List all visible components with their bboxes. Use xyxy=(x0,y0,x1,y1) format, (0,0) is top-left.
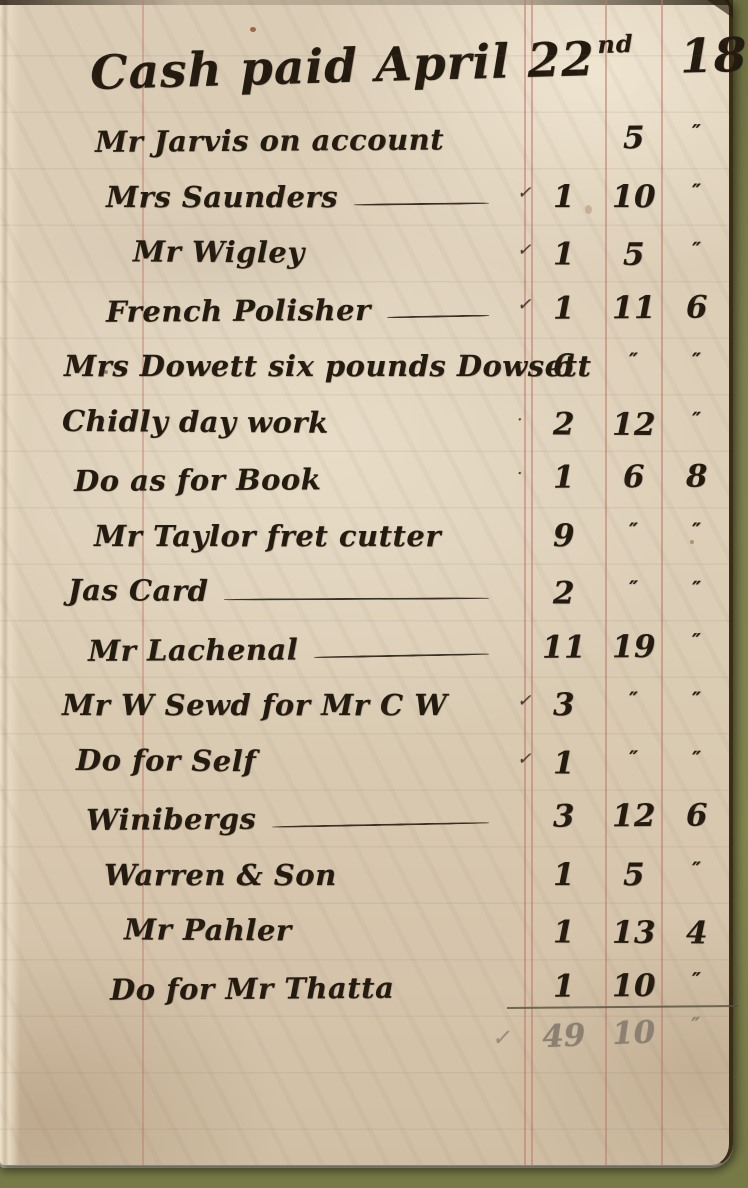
amount-value: 10 xyxy=(612,967,656,1003)
entry-description: Winibergs xyxy=(86,789,497,848)
amount-value: ″ xyxy=(692,120,702,144)
entry-text: Mr Taylor fret cutter xyxy=(94,508,441,564)
amount-pence: 6 xyxy=(663,279,731,335)
amount-value: 9 xyxy=(553,518,575,554)
ledger-row: Mr Wigley✓15″ xyxy=(0,222,729,283)
tick-mark: · xyxy=(517,446,523,502)
pencil-tick: ✓ xyxy=(491,1008,512,1071)
amount-pounds: ✓3 xyxy=(523,677,605,733)
amount-shillings: 13 xyxy=(607,905,661,961)
amount-value: 3 xyxy=(553,799,575,835)
amount-pence: ″ xyxy=(663,169,731,225)
amount-pence: ″ xyxy=(663,227,731,283)
amount-value: 1 xyxy=(553,857,575,893)
amount-pence: ″ xyxy=(663,566,731,622)
amount-value: ″ xyxy=(692,687,702,711)
tick-mark: ✓ xyxy=(517,222,532,278)
entry-text: Do for Mr Thatta xyxy=(110,959,395,1017)
amount-value: ″ xyxy=(692,179,702,203)
amount-value: 1 xyxy=(553,745,575,781)
filler-dash xyxy=(387,314,489,318)
amount-pence: ″ xyxy=(663,508,731,564)
amount-value: 6 xyxy=(553,348,575,384)
amount-pounds: ✓1 xyxy=(523,280,605,337)
amount-shillings: 6 xyxy=(607,449,661,505)
amount-value: 5 xyxy=(623,237,645,273)
amount-value: 8 xyxy=(686,459,708,495)
entry-description: Mr Wigley xyxy=(133,223,305,280)
ledger-row: Mr Taylor fret cutter9″″ xyxy=(0,508,729,564)
amount-value: 49 xyxy=(541,1017,586,1055)
ledger-row: Jas Card2″″ xyxy=(0,561,729,622)
amount-pence: ″ xyxy=(663,618,731,674)
entry-description: Mr Taylor fret cutter xyxy=(94,508,441,564)
amount-value: 10 xyxy=(612,179,656,215)
amount-shillings: ″ xyxy=(607,566,661,622)
amount-pounds: 11 xyxy=(523,619,605,676)
tick-mark: - xyxy=(517,334,523,390)
amount-shillings: ″ xyxy=(607,677,661,733)
ledger-row: Mr Lachenal1119″ xyxy=(0,618,729,679)
amount-pounds: ✓1 xyxy=(523,226,605,283)
amount-value: ″ xyxy=(692,746,702,770)
ledger-row: Mrs Saunders✓110″ xyxy=(0,169,729,225)
entry-text: Mr W Sewd for Mr C W xyxy=(62,677,447,733)
amount-shillings: 10 xyxy=(605,1001,661,1059)
tick-mark: ✓ xyxy=(517,731,532,787)
amount-shillings: 19 xyxy=(607,618,661,674)
entry-text: Do as for Book xyxy=(74,451,322,509)
filler-dash xyxy=(314,653,489,658)
ledger-row: Warren & Son15″ xyxy=(0,847,729,903)
amount-pence: ″ xyxy=(663,847,731,903)
amount-pence: 6 xyxy=(663,787,731,843)
amount-value: 11 xyxy=(542,629,586,665)
amount-value: 5 xyxy=(623,857,645,893)
entry-text: Mr Wigley xyxy=(133,223,305,280)
amount-pounds: 1 xyxy=(523,847,605,903)
amount-pounds: ✓1 xyxy=(523,735,605,792)
entry-text: Warren & Son xyxy=(104,847,337,903)
amount-pence: ″ xyxy=(663,109,731,165)
entry-text: Mr Lachenal xyxy=(88,621,299,678)
entry-text: Do for Self xyxy=(76,731,257,788)
entry-description: Mr Lachenal xyxy=(88,620,497,679)
filler-dash xyxy=(354,202,489,206)
title-text: Cash paid April 22 xyxy=(89,32,595,101)
entry-text: Chidly day work xyxy=(62,392,329,450)
amount-value: ″ xyxy=(629,745,639,769)
amount-value: 12 xyxy=(612,406,656,442)
amount-value: ″ xyxy=(629,576,639,600)
amount-value: 11 xyxy=(612,289,656,325)
entry-text: Winibergs xyxy=(86,791,257,848)
amount-value: 13 xyxy=(612,915,656,951)
ledger-row: Mr Pahler1134 xyxy=(0,900,729,961)
amount-value: ″ xyxy=(691,1012,702,1036)
amount-pounds: 1 xyxy=(523,904,605,961)
amount-shillings: ″ xyxy=(607,735,661,791)
amount-shillings: 5 xyxy=(607,227,661,283)
amount-shillings: ″ xyxy=(607,338,661,394)
amount-shillings: 12 xyxy=(607,788,661,844)
amount-shillings: 11 xyxy=(607,279,661,335)
amount-shillings: 10 xyxy=(607,169,661,225)
foxing-speck xyxy=(250,27,256,32)
amount-value: 3 xyxy=(553,687,575,723)
entry-description: Do for Mr Thatta xyxy=(110,959,395,1017)
amount-pounds: ·1 xyxy=(523,449,605,506)
tick-mark: · xyxy=(517,392,523,448)
tick-mark: ✓ xyxy=(517,673,532,729)
amount-value: ″ xyxy=(692,518,702,542)
amount-value: 1 xyxy=(553,290,575,326)
amount-pounds: 49 xyxy=(521,1004,605,1064)
amount-shillings: ″ xyxy=(607,508,661,564)
amount-pence: ″ xyxy=(663,397,731,453)
amount-value: 2 xyxy=(553,575,575,611)
entry-description: Warren & Son xyxy=(104,847,337,903)
amount-value: 1 xyxy=(553,236,575,272)
amount-value: 4 xyxy=(686,915,708,951)
amount-value: ″ xyxy=(692,628,702,652)
amount-pounds: -6 xyxy=(523,338,605,394)
amount-value: ″ xyxy=(629,687,639,711)
filler-dash xyxy=(272,822,489,828)
ledger-row: French Polisher✓1116 xyxy=(0,279,729,340)
amount-value: 1 xyxy=(553,914,575,950)
amount-value: ″ xyxy=(629,518,639,542)
entry-description: Do for Self xyxy=(76,731,257,788)
amount-value: ″ xyxy=(692,348,702,372)
entry-text: French Polisher xyxy=(106,281,371,339)
amount-value: 1 xyxy=(553,460,575,496)
amount-value: 2 xyxy=(553,406,575,442)
amount-pence: ″ xyxy=(661,998,731,1057)
ledger-row: Winibergs3126 xyxy=(0,787,729,848)
amount-pence: ″ xyxy=(663,677,731,733)
amount-pence: ″ xyxy=(663,338,731,394)
amount-pounds: ✓1 xyxy=(523,169,605,225)
amount-value: ″ xyxy=(629,348,639,372)
page-top-edge xyxy=(0,0,729,5)
amount-pounds: 9 xyxy=(523,508,605,564)
ledger-title: Cash paid April 22nd1848 xyxy=(89,24,748,101)
amount-value: ″ xyxy=(692,967,702,991)
amount-value: 6 xyxy=(623,459,645,495)
amount-value: ″ xyxy=(692,407,702,431)
ledger-row: Chidly day work·212″ xyxy=(0,392,729,453)
ledger-row: Mrs Dowett six pounds Dowsett-6″″ xyxy=(0,338,729,394)
amount-value: 12 xyxy=(612,798,656,834)
title-year: 1848 xyxy=(679,26,748,85)
ledger-row: Mr Jarvis on account5″ xyxy=(0,109,729,170)
amount-value: 19 xyxy=(612,628,656,664)
amount-value: 10 xyxy=(611,1014,656,1052)
amount-pence: 8 xyxy=(663,448,731,504)
corner-tear xyxy=(707,0,733,18)
amount-pounds: 3 xyxy=(523,788,605,845)
amount-pounds: 2 xyxy=(523,565,605,622)
amount-value: 6 xyxy=(686,289,708,325)
title-ordinal: nd xyxy=(597,29,634,59)
entry-description: Mrs Dowett six pounds Dowsett xyxy=(64,338,591,394)
amount-value: 1 xyxy=(553,968,575,1004)
entry-description: French Polisher xyxy=(106,281,497,340)
entry-description: Do as for Book xyxy=(74,451,322,509)
entry-description: Mr Jarvis on account xyxy=(95,111,444,169)
amount-shillings: 5 xyxy=(607,847,661,903)
entry-text: Jas Card xyxy=(68,562,209,619)
amount-value: ″ xyxy=(692,857,702,881)
ledger-row: Do as for Book·168 xyxy=(0,448,729,509)
tick-mark: ✓ xyxy=(517,276,532,332)
amount-shillings: 5 xyxy=(607,110,661,166)
entry-text: Mrs Dowett six pounds Dowsett xyxy=(64,338,591,394)
entry-text: Mrs Saunders xyxy=(106,169,338,225)
amount-value: ″ xyxy=(692,576,702,600)
entry-description: Chidly day work xyxy=(62,392,329,450)
amount-shillings: 12 xyxy=(607,396,661,452)
ledger-row: Do for Self✓1″″ xyxy=(0,731,729,792)
entry-description: Mr W Sewd for Mr C W xyxy=(62,677,447,733)
tick-mark: ✓ xyxy=(517,165,532,221)
amount-pounds: ·2 xyxy=(523,396,605,453)
ledger-row: Mr W Sewd for Mr C W✓3″″ xyxy=(0,677,729,733)
amount-value: 6 xyxy=(686,798,708,834)
amount-pounds xyxy=(523,110,605,167)
filler-dash xyxy=(224,597,489,600)
amount-value: 5 xyxy=(623,120,645,156)
amount-pence: 4 xyxy=(663,905,731,961)
amount-value: ″ xyxy=(692,237,702,261)
ledger-page: Cash paid April 22nd1848 Mr Jarvis on ac… xyxy=(0,0,733,1166)
entry-description: Mrs Saunders xyxy=(106,169,497,225)
amount-value: 1 xyxy=(553,179,575,215)
photo-background: { "colors":{"paper":"#dccdb5","ink":"#24… xyxy=(0,0,748,1188)
entry-text: Mr Jarvis on account xyxy=(95,111,444,169)
entry-description: Jas Card xyxy=(68,562,497,621)
amount-pence: ″ xyxy=(663,736,731,792)
entry-text: Mr Pahler xyxy=(124,901,292,958)
entry-description: Mr Pahler xyxy=(124,901,292,958)
